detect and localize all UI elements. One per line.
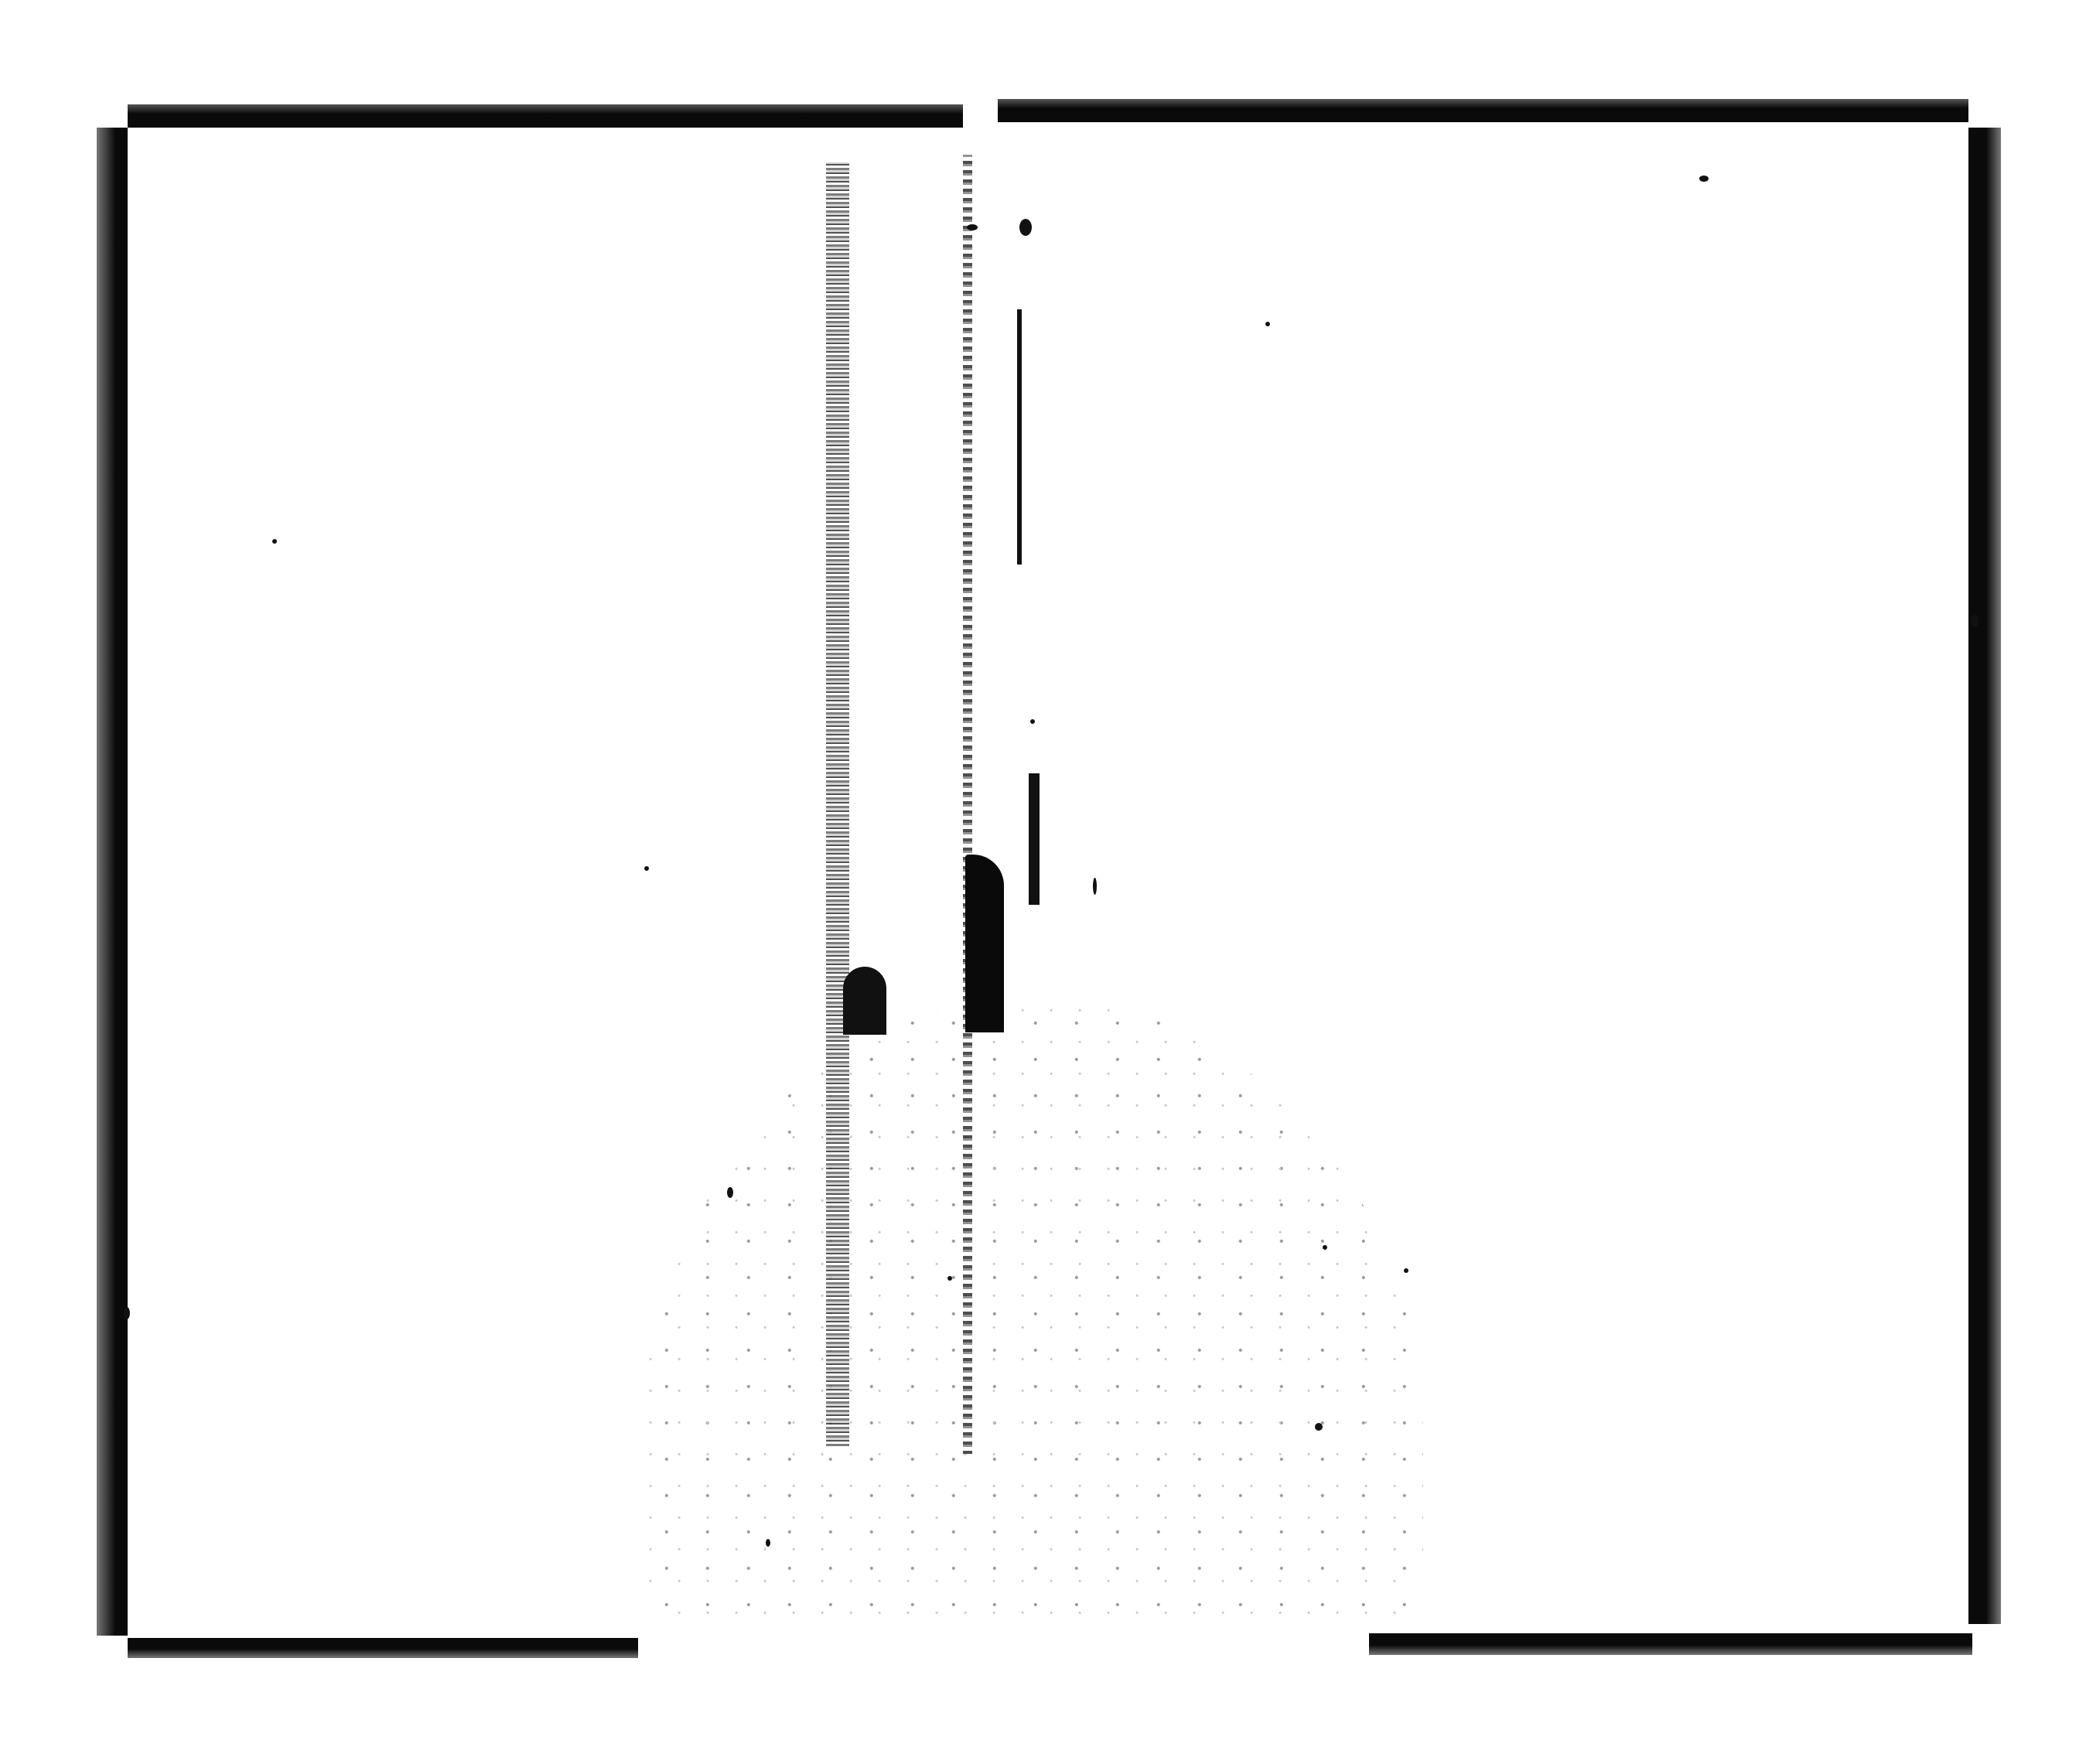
page-border-top-left bbox=[128, 104, 963, 128]
spine-stripe bbox=[826, 162, 849, 1446]
ink-speck bbox=[1323, 1245, 1327, 1250]
ink-speck bbox=[1093, 878, 1097, 895]
ink-speck bbox=[272, 539, 277, 544]
ink-speck bbox=[1404, 1268, 1408, 1273]
ink-speck bbox=[727, 1187, 733, 1198]
binding-mark-blade bbox=[965, 855, 1004, 1032]
ink-speck bbox=[124, 1307, 130, 1319]
ink-speck bbox=[947, 1276, 952, 1281]
spine-line bbox=[1029, 773, 1040, 905]
ink-speck bbox=[1030, 719, 1035, 724]
page-border-top-right bbox=[998, 99, 1968, 122]
page-border-left bbox=[97, 128, 128, 1636]
ink-speck bbox=[1019, 219, 1032, 236]
spine-line bbox=[1017, 309, 1022, 565]
ink-speck bbox=[1699, 176, 1709, 182]
ink-speck bbox=[1315, 1423, 1323, 1431]
ink-speck bbox=[1265, 322, 1270, 326]
spine-stripe bbox=[963, 155, 972, 1454]
ink-speck bbox=[1971, 615, 1978, 627]
page-border-bottom-right bbox=[1369, 1633, 1972, 1655]
page-border-bottom-left bbox=[128, 1638, 638, 1658]
page-border-right bbox=[1968, 128, 2001, 1624]
ink-speck bbox=[644, 866, 649, 871]
binding-mark-arch bbox=[843, 967, 886, 1035]
ink-speck bbox=[967, 224, 978, 230]
ink-speck bbox=[766, 1539, 770, 1547]
